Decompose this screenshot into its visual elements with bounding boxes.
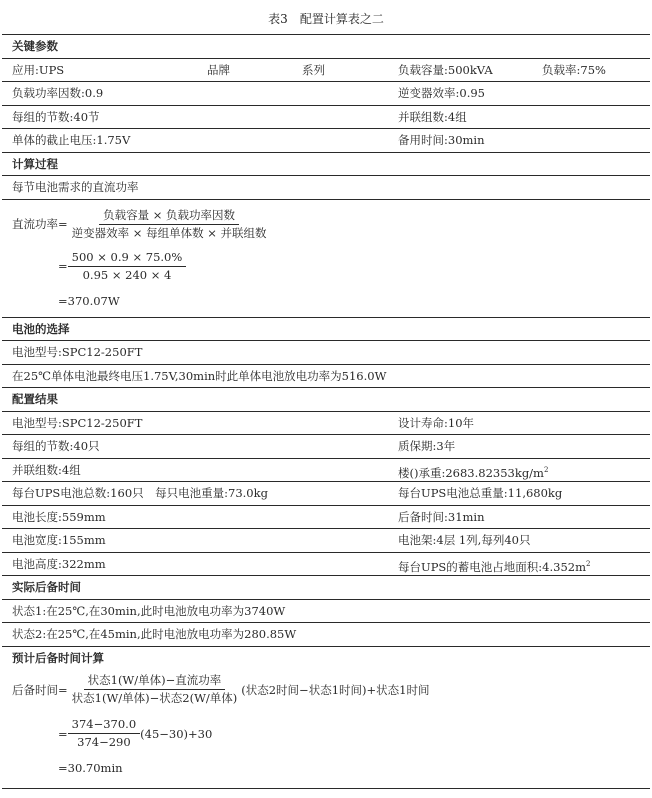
section-header-config-result: 配置结果 xyxy=(2,387,650,411)
table-row: 电池高度:322mm 每台UPS的蓄电池占地面积:4.352m2 xyxy=(2,552,650,576)
section-header-actual-backup: 实际后备时间 xyxy=(2,575,650,599)
table-row: 状态2:在25℃,在45min,此时电池放电功率为280.85W xyxy=(2,622,650,646)
load-rate-cell: 负载率:75% xyxy=(542,59,606,81)
table-row: 应用:UPS 品牌 系列 负载容量:500kVA 负载率:75% xyxy=(2,58,650,82)
config-calculation-table: 关键参数 应用:UPS 品牌 系列 负载容量:500kVA 负载率:75% 负载… xyxy=(2,34,650,789)
section-header-key-params: 关键参数 xyxy=(2,34,650,58)
table-row: 每组的节数:40节 并联组数:4组 xyxy=(2,105,650,129)
formula-fraction: 负载容量 × 负载功率因数 逆变器效率 × 每组单体数 × 并联组数 xyxy=(68,208,271,241)
load-capacity-cell: 负载容量:500kVA xyxy=(398,59,493,81)
table-row: 电池型号:SPC12-250FT 设计寿命:10年 xyxy=(2,411,650,435)
series-cell: 系列 xyxy=(302,59,325,81)
table-title: 表3配置计算表之二 xyxy=(0,10,652,27)
table-row: 在25℃单体电池最终电压1.75V,30min时此单体电池放电功率为516.0W xyxy=(2,364,650,388)
backup-time-formula: 后备时间= 状态1(W/单体)−直流功率 状态1(W/单体)−状态2(W/单体)… xyxy=(2,669,650,788)
table-number: 表3 xyxy=(268,12,288,26)
table-row: 电池长度:559mm 后备时间:31min xyxy=(2,505,650,529)
table-row: 每台UPS电池总数:160只 每只电池重量:73.0kg 每台UPS电池总重量:… xyxy=(2,481,650,505)
table-caption: 配置计算表之二 xyxy=(300,12,384,26)
calc-subtitle-row: 每节电池需求的直流功率 xyxy=(2,175,650,199)
dc-power-result: =370.07W xyxy=(58,294,120,308)
table-row: 每组的节数:40只 质保期:3年 xyxy=(2,434,650,458)
table-row: 并联组数:4组 楼()承重:2683.82353kg/m2 xyxy=(2,458,650,482)
brand-cell: 品牌 xyxy=(207,59,230,81)
table-row: 负载功率因数:0.9 逆变器效率:0.95 xyxy=(2,81,650,105)
formula-label: 直流功率= xyxy=(12,216,68,232)
backup-time-result: =30.70min xyxy=(58,761,123,775)
dc-power-formula: 直流功率= 负载容量 × 负载功率因数 逆变器效率 × 每组单体数 × 并联组数… xyxy=(2,199,650,317)
substituted-fraction: 500 × 0.9 × 75.0% 0.95 × 240 × 4 xyxy=(68,250,187,283)
section-header-battery-select: 电池的选择 xyxy=(2,317,650,341)
table-row: 单体的截止电压:1.75V 备用时间:30min xyxy=(2,128,650,152)
table-row: 电池型号:SPC12-250FT xyxy=(2,340,650,364)
table-bottom-rule xyxy=(2,788,650,789)
table-row: 状态1:在25℃,在30min,此时电池放电功率为3740W xyxy=(2,599,650,623)
section-header-calc: 计算过程 xyxy=(2,152,650,176)
application-cell: 应用:UPS xyxy=(12,59,64,81)
section-header-estimate: 预计后备时间计算 xyxy=(2,646,650,670)
table-row: 电池宽度:155mm 电池架:4层 1列,每列40只 xyxy=(2,528,650,552)
